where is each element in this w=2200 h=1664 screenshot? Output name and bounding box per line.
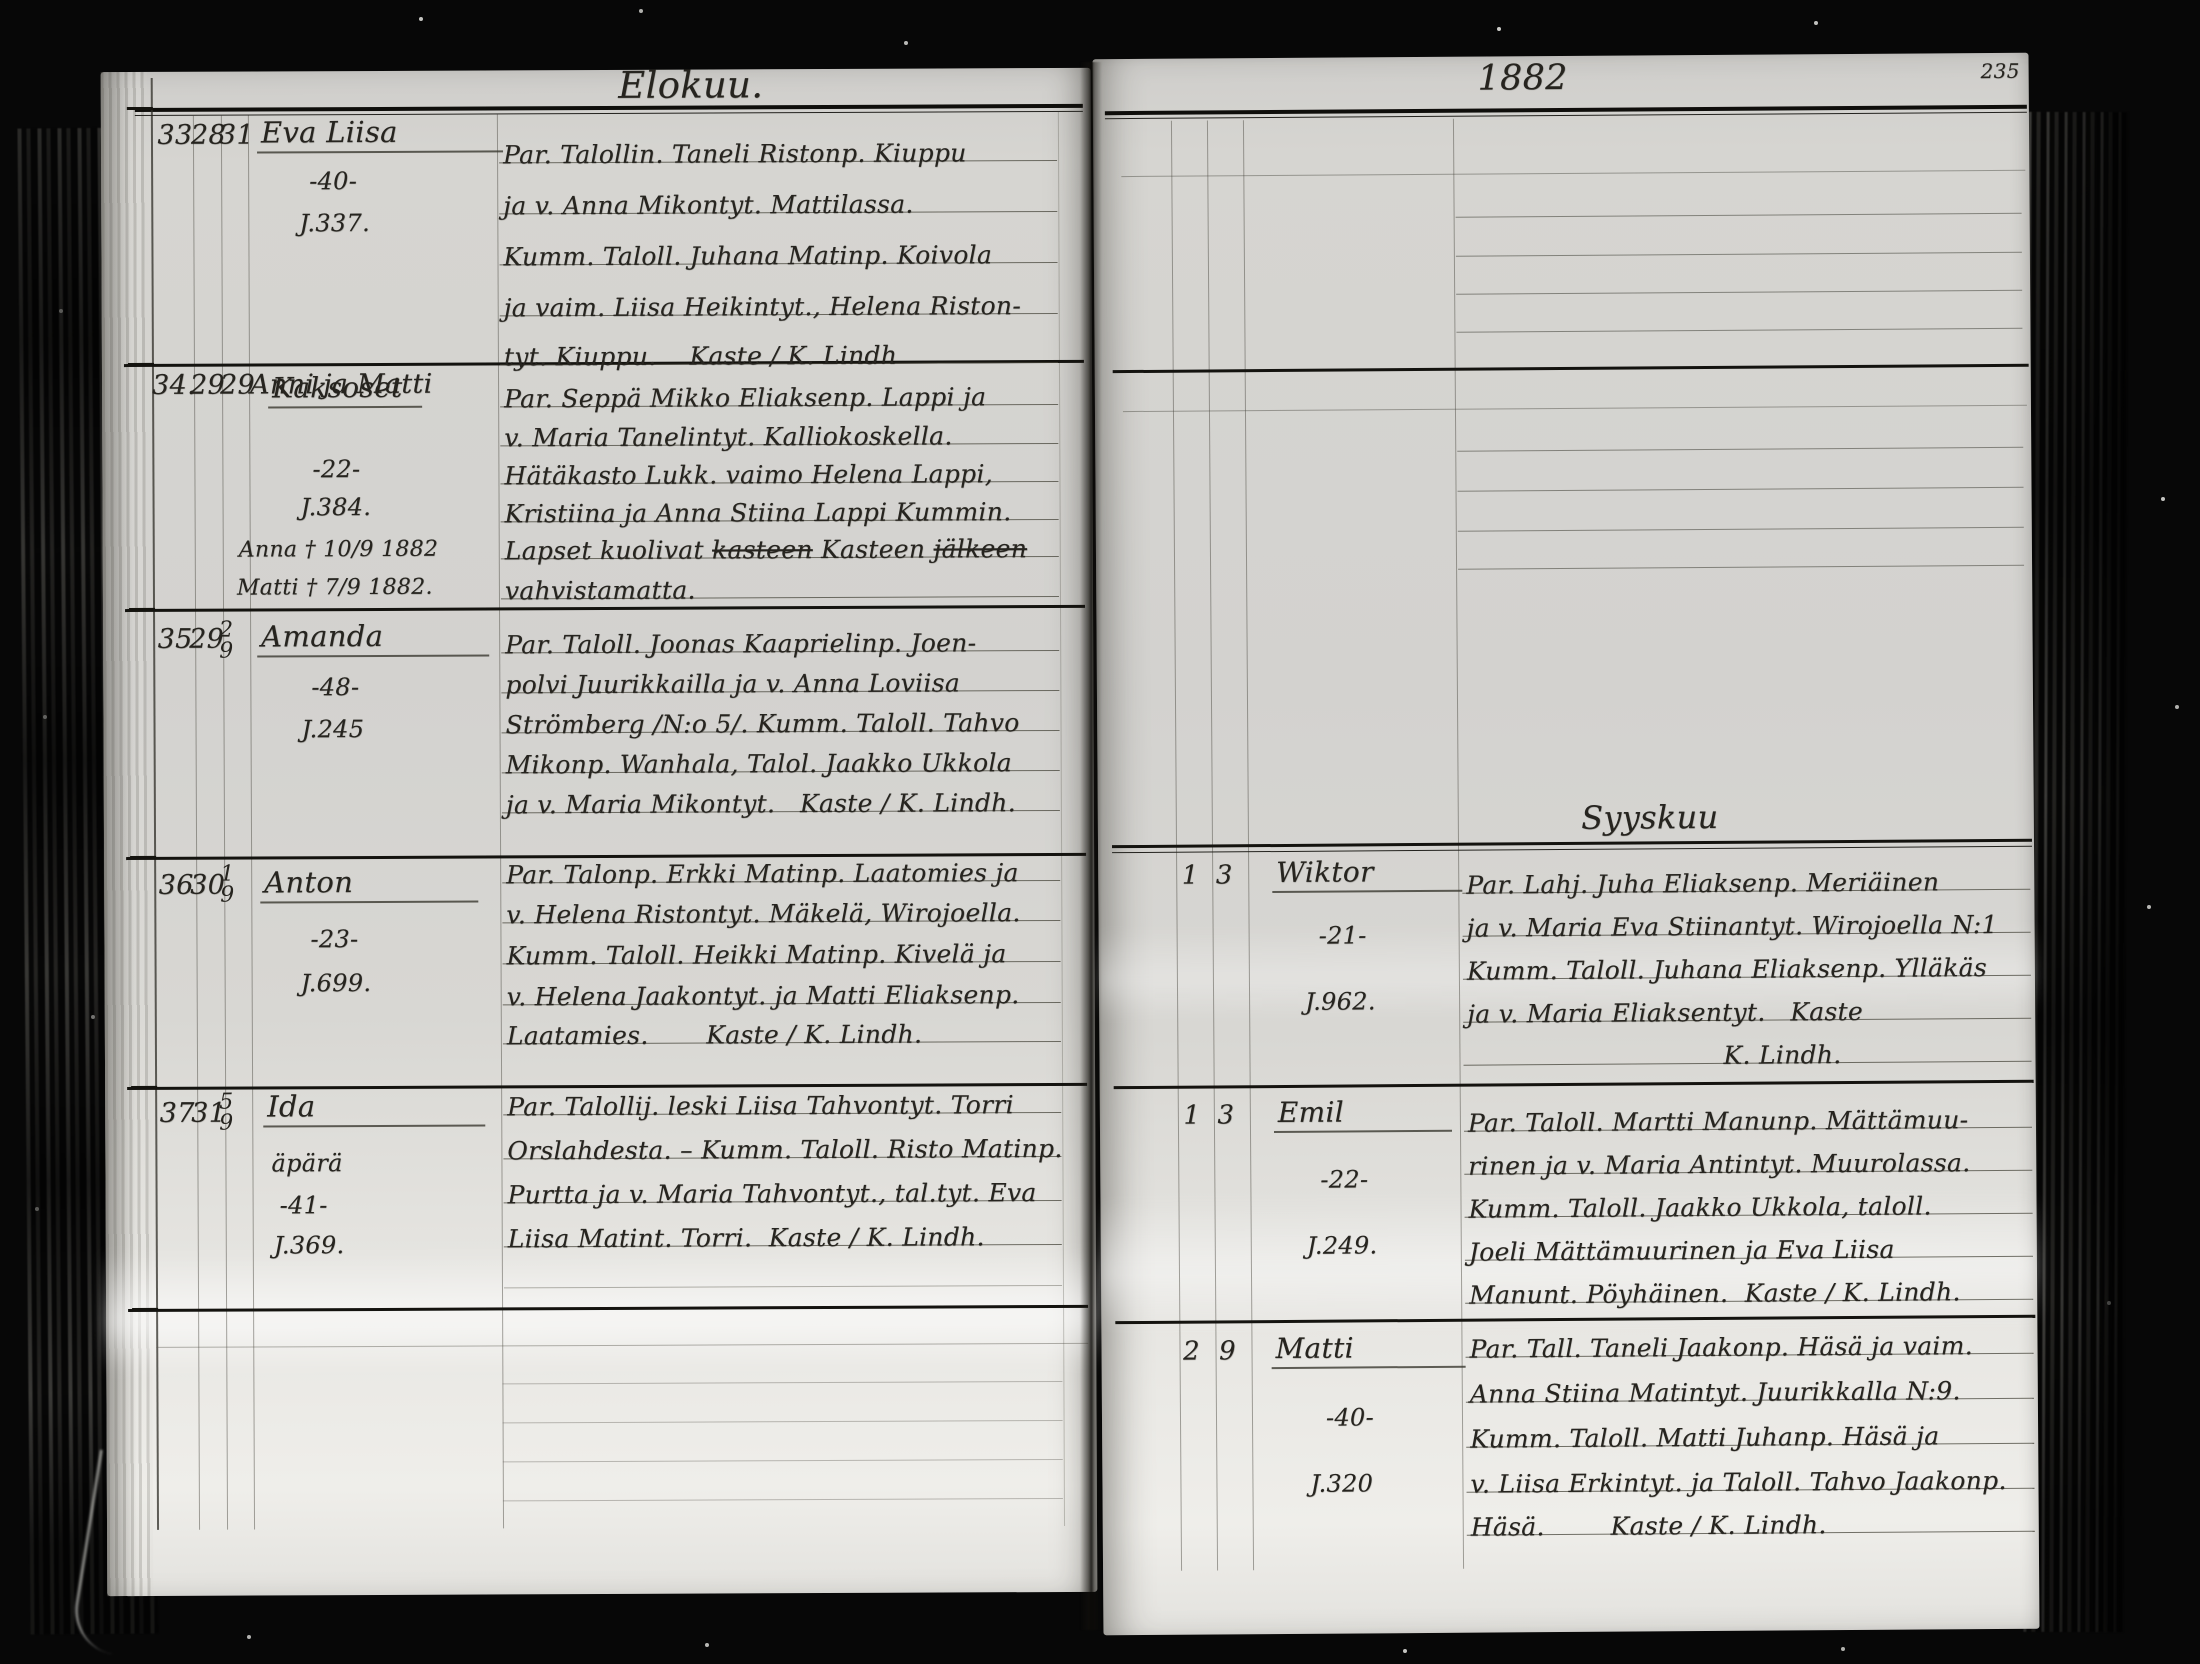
birth-day: 1 — [1180, 861, 1200, 891]
ruled-line — [1458, 565, 2024, 570]
entry-text-block: Par. Seppä Mikko Eliaksenp. Lappi ja v. … — [500, 364, 1059, 599]
handwritten-text: ja v. Maria Mikontyt. Kaste / K. Lindh. — [506, 788, 1016, 819]
baptism-day: 31 — [219, 120, 249, 151]
entry-text-line: v. Maria Tanelintyt. Kalliokoskella. — [500, 405, 1058, 446]
baptism-day: 9 — [1217, 1336, 1237, 1366]
child-name: Anton — [260, 865, 478, 904]
baptism-month: 9 — [219, 1113, 233, 1134]
entry-text-block: Par. Talonp. Erkki Matinp. Laatomies ja … — [502, 856, 1061, 1044]
book-spine-fold-shadow — [1080, 62, 1102, 1630]
child-name: Eva Liisa — [257, 114, 503, 153]
reference-number: J.337. — [299, 209, 370, 237]
reference-number: J.384. — [301, 493, 372, 521]
baptism-date-fraction: 5 9 — [219, 1092, 233, 1134]
ruled-line — [502, 1381, 1062, 1384]
entry-text-line: Kumm. Taloll. Heikki Matinp. Kivelä ja — [502, 921, 1060, 964]
baptism-day: 29 — [220, 370, 250, 401]
baptism-month: 9 — [219, 641, 233, 662]
week-note: -40- — [309, 167, 357, 195]
entry-text-line: Orslahdesta. – Kumm. Taloll. Risto Matin… — [503, 1113, 1061, 1159]
entry-text-line: ja v. Maria Mikontyt. Kaste / K. Lindh. — [502, 771, 1060, 813]
reference-number: J.245 — [301, 715, 364, 743]
ruled-line — [1456, 328, 2022, 333]
entry-text-line: Anna Stiina Matintyt. Juurikkalla N:9. — [1466, 1354, 2034, 1403]
month-header: Syyskuu — [1550, 798, 1750, 837]
book-right-page-stack-edge — [2023, 112, 2128, 1632]
right-page: 1882 235 Syyskuu 1 3 Wiktor -21- J.962. … — [1093, 53, 2040, 1635]
entry-text-line: ja v. Anna Mikontyt. Mattilassa. — [499, 161, 1057, 214]
month-header: Elokuu. — [581, 63, 801, 107]
entry-text-block: Par. Taloll. Martti Manunp. Mättämuu- ri… — [1464, 1085, 2033, 1304]
ruled-line — [1458, 487, 2024, 492]
ruled-line — [1457, 447, 2023, 452]
entry-text-line: Par. Seppä Mikko Eliaksenp. Lappi ja — [500, 364, 1058, 407]
entry-text-line: Par. Taloll. Joonas Kaaprielinp. Joen- — [501, 608, 1059, 653]
entry-text-block: Par. Talollij. leski Liisa Tahvontyt. To… — [503, 1084, 1062, 1288]
baptism-month: 9 — [220, 885, 234, 906]
handwritten-text: Laatamies. Kaste / K. Lindh. — [507, 1020, 922, 1051]
baptism-day: 3 — [1216, 1100, 1236, 1130]
baptism-day: 3 — [1214, 860, 1234, 890]
birth-day: 28 — [191, 120, 219, 151]
entry-separator-line — [1113, 364, 2029, 373]
entry-text-line: ja vaim. Liisa Heikintyt., Helena Riston… — [500, 263, 1058, 316]
entry-text-line: Laatamies. Kaste / K. Lindh. — [503, 1003, 1061, 1044]
reference-number: J.249. — [1307, 1231, 1378, 1259]
illegitimate-note: äpärä — [271, 1149, 342, 1177]
entry-text-line: Joeli Mättämuurinen ja Eva Liisa — [1465, 1214, 2033, 1261]
entry-text-line: v. Helena Jaakontyt. ja Matti Eliaksenp. — [503, 962, 1061, 1005]
entry-text-line: v. Liisa Erkintyt. ja Taloll. Tahvo Jaak… — [1466, 1444, 2034, 1493]
entry-text-line: Manunt. Pöyhäinen. Kaste / K. Lindh. — [1465, 1257, 2033, 1304]
child-name: Ida — [263, 1088, 485, 1127]
reference-number: J.320 — [1310, 1469, 1373, 1497]
child-name: Matti — [1271, 1331, 1465, 1369]
page-number: 235 — [1981, 59, 2020, 83]
margin-tick — [127, 107, 153, 110]
handwritten-text: vahvistamatta. — [505, 576, 696, 606]
left-page: Elokuu. 33 28 31 Eva Liisa -40- J.337. — [101, 68, 1098, 1596]
birth-day: 29 — [189, 624, 219, 655]
birth-day: 30 — [190, 870, 220, 901]
ruled-line — [1456, 252, 2022, 257]
entry-text-line: Par. Talollij. leski Liisa Tahvontyt. To… — [503, 1084, 1061, 1115]
ruled-line — [503, 1420, 1063, 1423]
entry-text-line: Par. Taloll. Martti Manunp. Mättämuu- — [1464, 1085, 2032, 1132]
week-note: -21- — [1319, 921, 1367, 949]
week-note: -22- — [1320, 1165, 1368, 1193]
entry-text-block: Par. Lahj. Juha Eliaksenp. Meriäinen ja … — [1462, 847, 2031, 1066]
baptism-day: 2 — [219, 620, 233, 641]
birth-day: 31 — [191, 1098, 221, 1129]
entry-text-line: Mikonp. Wanhala, Talol. Jaakko Ukkola — [502, 731, 1060, 773]
death-note: Anna † 10/9 1882 — [239, 537, 439, 563]
entry-text-line: Par. Tall. Taneli Jaakonp. Häsä ja vaim. — [1465, 1317, 2033, 1358]
handwritten-text: Häsä. Kaste / K. Lindh. — [1471, 1510, 1827, 1541]
child-name: Emil — [1274, 1095, 1452, 1133]
entry-text-line: Par. Talollin. Taneli Ristonp. Kiuppu — [499, 108, 1057, 163]
death-note: Matti † 7/9 1882. — [237, 575, 433, 601]
baptism-date-fraction: 1 9 — [220, 864, 234, 906]
entry-text-line: K. Lindh. — [1463, 1019, 2031, 1066]
entry-text-line: ja v. Maria Eliaksentyt. Kaste — [1463, 976, 2031, 1023]
reference-number: J.369. — [274, 1231, 345, 1259]
baptism-day: 1 — [220, 864, 234, 885]
entry-text-line: Kumm. Taloll. Jaakko Ukkola, taloll. — [1464, 1171, 2032, 1218]
entry-number: 33 — [155, 120, 195, 151]
baptism-date-fraction: 2 9 — [219, 620, 233, 662]
entry-text-line: Liisa Matint. Torri. Kaste / K. Lindh. — [504, 1201, 1062, 1247]
scanned-parish-register-spread: Elokuu. 33 28 31 Eva Liisa -40- J.337. — [0, 0, 2200, 1664]
entry-text-block: Par. Talollin. Taneli Ristonp. Kiuppu ja… — [499, 108, 1058, 365]
week-note: -48- — [311, 673, 359, 701]
week-note: -40- — [1326, 1403, 1374, 1431]
child-name: Amanda — [257, 618, 489, 657]
baptism-day: 5 — [219, 1092, 233, 1113]
ruled-line — [1456, 290, 2022, 295]
ruled-line — [1123, 405, 2027, 412]
entry-text-line: Par. Lahj. Juha Eliaksenp. Meriäinen — [1462, 847, 2030, 894]
reference-number: J.962. — [1305, 987, 1376, 1015]
year-header: 1882 — [1423, 58, 1623, 99]
ruled-line — [503, 1459, 1063, 1462]
birth-day: 1 — [1182, 1101, 1202, 1131]
ruled-line — [1458, 527, 2024, 532]
entry-text-line: rinen ja v. Maria Antintyt. Muurolassa. — [1464, 1128, 2032, 1175]
entry-text-line: v. Helena Ristontyt. Mäkelä, Wirojoella. — [502, 881, 1060, 923]
birth-day: 29 — [190, 370, 218, 401]
entry-text-line: tyt. Kiuppu. Kaste / K. Lindh — [500, 314, 1058, 365]
handwritten-text: Manunt. Pöyhäinen. Kaste / K. Lindh. — [1469, 1277, 1961, 1309]
entry-text-line: Strömberg /N:o 5/. Kumm. Taloll. Tahvo — [501, 691, 1059, 733]
entry-text-line: Kumm. Taloll. Juhana Eliaksenp. Ylläkäs — [1463, 933, 2031, 980]
entry-text-block: Par. Tall. Taneli Jaakonp. Häsä ja vaim.… — [1465, 1317, 2034, 1536]
week-note: -22- — [312, 455, 360, 483]
entry-text-line: Lapset kuolivat kasteen Kasteen jälkeen — [501, 520, 1059, 559]
entry-text-line: Kristiina ja Anna Stiina Lappi Kummin. — [500, 482, 1058, 522]
week-note: -41- — [280, 1191, 328, 1219]
entry-text-line: Par. Talonp. Erkki Matinp. Laatomies ja — [502, 856, 1060, 883]
ruled-line — [503, 1498, 1063, 1501]
twins-note: Kaksoset — [268, 371, 422, 409]
child-name: Wiktor — [1272, 855, 1462, 893]
reference-number: J.699. — [301, 969, 372, 997]
entry-text-block: Par. Taloll. Joonas Kaaprielinp. Joen- p… — [501, 608, 1060, 813]
signature-text: K. Lindh. — [1723, 1040, 1841, 1070]
birth-day: 2 — [1181, 1337, 1201, 1367]
entry-text-line: Hätäkasto Lukk. vaimo Helena Lappi, — [500, 444, 1058, 484]
entry-text-line: Kumm. Taloll. Juhana Matinp. Koivola — [499, 212, 1057, 265]
empty-ruled-line — [504, 1245, 1062, 1288]
scan-dust-speckles — [0, 0, 2, 2]
entry-text-line: ja v. Maria Eva Stiinantyt. Wirojoella N… — [1462, 890, 2030, 937]
entry-text-line: vahvistamatta. — [501, 557, 1059, 599]
entry-text-line: polvi Juurikkailla ja v. Anna Loviisa — [501, 651, 1059, 693]
week-note: -23- — [310, 925, 358, 953]
entry-text-line: Purtta ja v. Maria Tahvontyt., tal.tyt. … — [503, 1157, 1061, 1203]
ruled-line — [1121, 170, 2025, 177]
entry-text-line: Häsä. Kaste / K. Lindh. — [1467, 1489, 2035, 1536]
ruled-line — [1456, 213, 2022, 218]
entry-text-line: Kumm. Taloll. Matti Juhanp. Häsä ja — [1466, 1399, 2034, 1448]
